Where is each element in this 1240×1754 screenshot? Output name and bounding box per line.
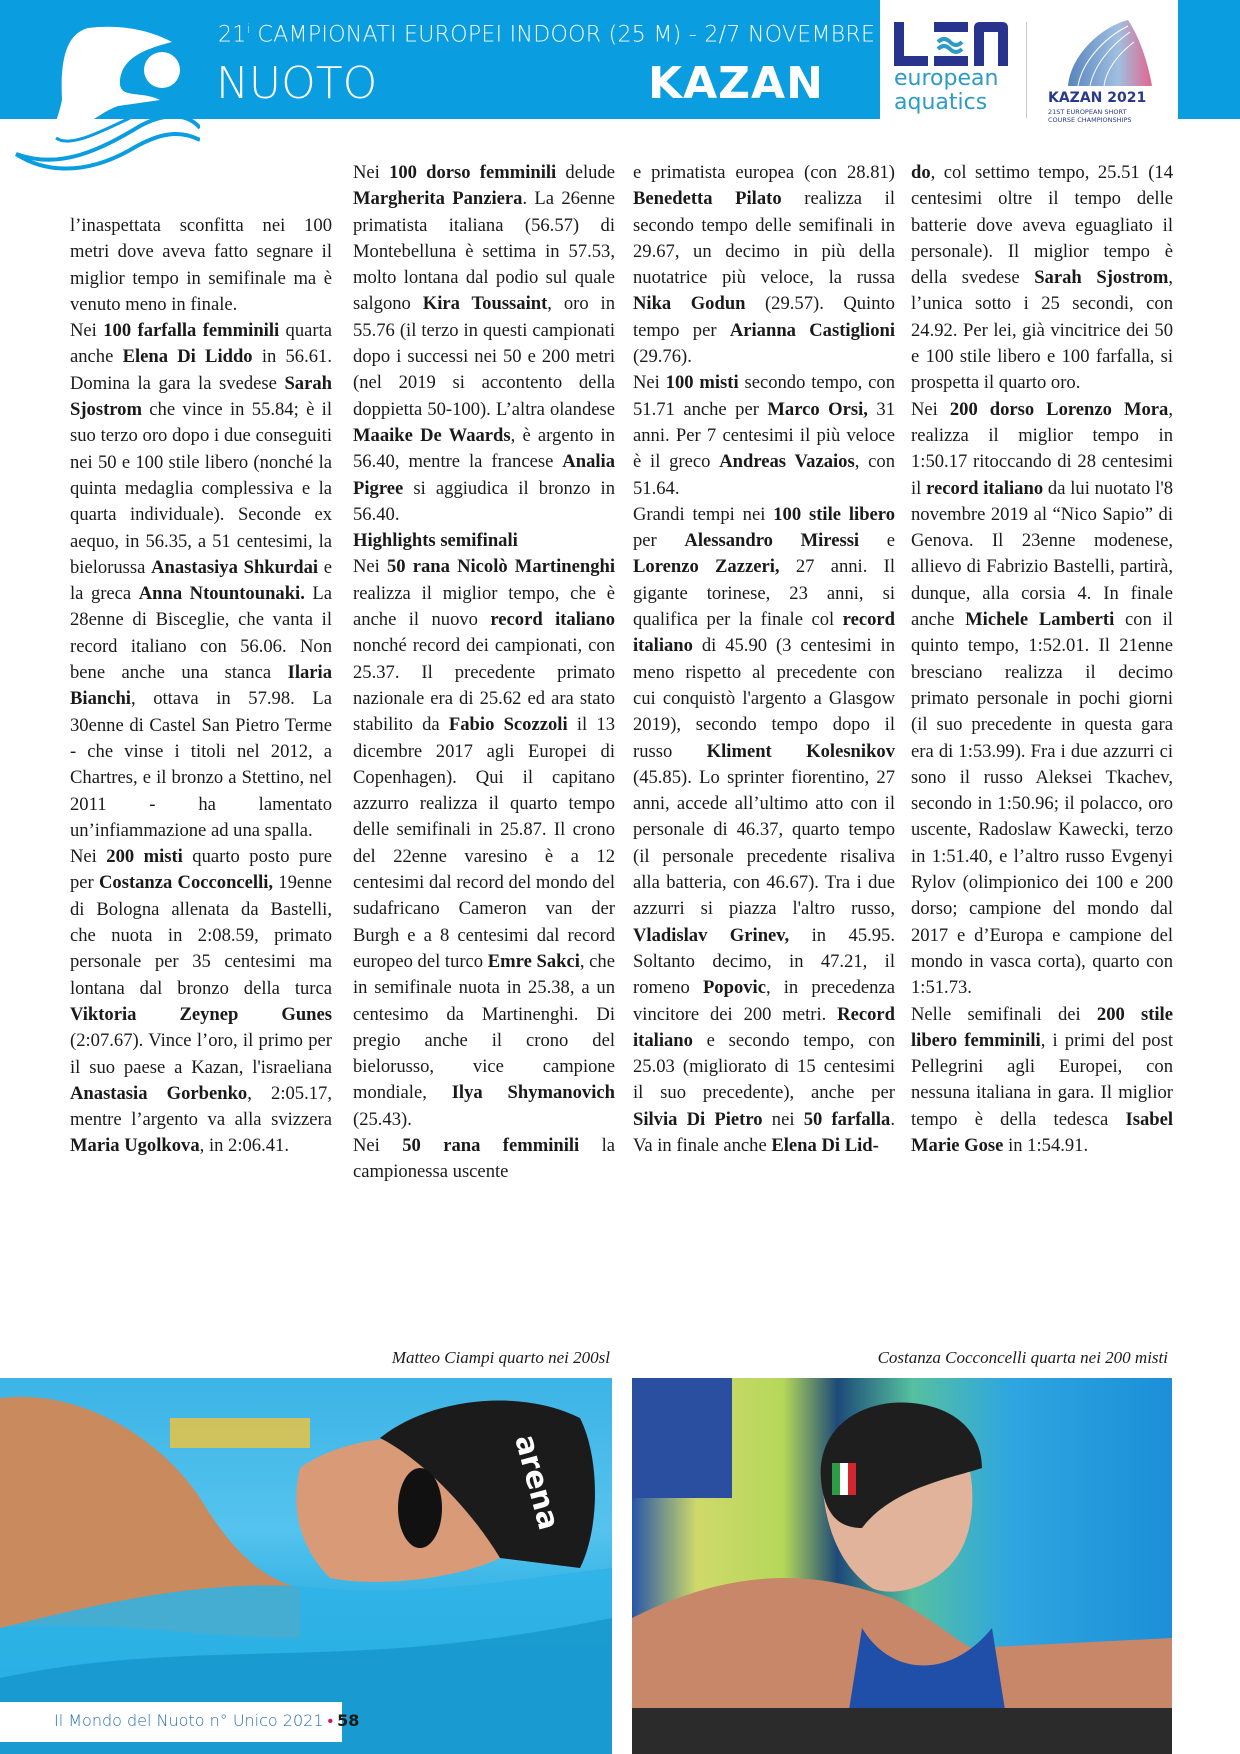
len-european-aquatics-logo: european aquatics — [894, 22, 1012, 114]
bold-highlight: Analia Pigree — [353, 451, 615, 498]
bold-highlight: Viktoria Zeynep Gunes — [70, 1004, 332, 1025]
bold-highlight: Michele Lamberti — [965, 609, 1114, 630]
bold-highlight: Maria Ugolkova — [70, 1135, 200, 1156]
article-column-4: do, col settimo tempo, 25.51 (14 centesi… — [911, 160, 1173, 1159]
footer-publication: Il Mondo del Nuoto n° Unico 2021•58 — [54, 1711, 359, 1731]
page-footer: Il Mondo del Nuoto n° Unico 2021•58 — [0, 1702, 342, 1742]
article-paragraph: Nei 100 dorso femminili delude Margherit… — [353, 160, 615, 528]
article-paragraph: Nei 100 misti secondo tempo, con 51.71 a… — [633, 370, 895, 501]
kazan-2021-logo: KAZAN 2021 21ST EUROPEAN SHORT COURSE CH… — [1048, 18, 1166, 122]
article-paragraph: Nei 100 farfalla femminili quarta anche … — [70, 318, 332, 844]
bold-highlight: Alessandro Miressi — [684, 530, 859, 551]
bold-highlight: Elena Di Liddo — [123, 346, 253, 367]
bold-highlight: Ilya Shymanovich — [452, 1082, 615, 1103]
article-paragraph: Nei 50 rana femminili la campionessa usc… — [353, 1133, 615, 1186]
article-column-3: e primatista europea (con 28.81) Benedet… — [633, 160, 895, 1159]
swimmer-freestyle-image: arena — [0, 1378, 612, 1754]
bold-highlight: Elena Di Lid- — [771, 1135, 878, 1156]
article-paragraph: e primatista europea (con 28.81) Benedet… — [633, 160, 895, 370]
city-title: KAZAN — [648, 62, 824, 106]
article-paragraph: l’inaspettata sconfitta nei 100 metri do… — [70, 213, 332, 318]
bold-highlight: Arianna Castiglioni — [730, 320, 895, 341]
article-column-2: Nei 100 dorso femminili delude Margherit… — [353, 160, 615, 1186]
bold-highlight: do — [911, 162, 931, 183]
bold-highlight: Isabel Marie Gose — [911, 1109, 1173, 1156]
bold-highlight: Anastasia Gorbenko — [70, 1083, 247, 1104]
section-title: NUOTO — [216, 62, 377, 106]
kazan-logo-title: KAZAN 2021 — [1048, 90, 1146, 106]
bold-highlight: Marco Orsi, — [767, 399, 868, 420]
article-paragraph: Nelle semifinali dei 200 stile libero fe… — [911, 1002, 1173, 1160]
bold-highlight: Ilaria Bianchi — [70, 662, 332, 709]
article-subheading: Highlights semifinali — [353, 528, 615, 554]
photo-caption-right: Costanza Cocconcelli quarta nei 200 mist… — [878, 1348, 1168, 1368]
swimmer-at-pool-edge-image — [632, 1378, 1172, 1754]
bold-highlight: Kira Toussaint — [423, 293, 548, 314]
bold-highlight: 100 stile libero — [773, 504, 895, 525]
bold-highlight: record italiano — [633, 609, 895, 656]
bold-highlight: Andreas Vazaios — [719, 451, 855, 472]
bold-highlight: Fabio Scozzoli — [449, 714, 568, 735]
article-paragraph: Nei 200 dorso Lorenzo Mora, realizza il … — [911, 397, 1173, 1002]
article-paragraph: do, col settimo tempo, 25.51 (14 centesi… — [911, 160, 1173, 397]
bold-highlight: Margherita Panziera — [353, 188, 522, 209]
bold-highlight: Benedetta Pilato — [633, 188, 782, 209]
bold-highlight: 200 misti — [106, 846, 183, 867]
page-number: 58 — [337, 1711, 359, 1730]
article-paragraph: Grandi tempi nei 100 stile libero per Al… — [633, 502, 895, 1159]
bold-highlight: Record italiano — [633, 1004, 895, 1051]
kazan-building-icon — [1048, 18, 1166, 88]
len-text-line2: aquatics — [894, 92, 1012, 114]
bold-highlight: Costanza Cocconcelli, — [99, 872, 273, 893]
bold-highlight: Silvia Di Pietro — [633, 1109, 763, 1130]
bold-highlight: Nika Godun — [633, 293, 746, 314]
bold-highlight: 100 farfalla femminili — [103, 320, 279, 341]
bold-highlight: Kliment Kolesnikov — [707, 741, 895, 762]
bold-highlight: 100 dorso femminili — [389, 162, 556, 183]
photo-matteo-ciampi: arena — [0, 1378, 612, 1754]
article-paragraph: Nei 200 misti quarto posto pure per Cost… — [70, 844, 332, 1160]
bold-highlight: Anastasiya Shkurdai — [151, 557, 318, 578]
bold-highlight: Sarah Sjostrom — [70, 373, 332, 420]
sponsor-logos: european aquatics KAZAN 2021 21ST EUROPE… — [880, 0, 1178, 126]
article-column-1: l’inaspettata sconfitta nei 100 metri do… — [70, 213, 332, 1160]
bold-highlight: 50 farfalla — [804, 1109, 891, 1130]
footer-bullet-icon: • — [328, 1711, 334, 1730]
bold-highlight: Popovic — [703, 977, 766, 998]
kazan-logo-subtitle: 21ST EUROPEAN SHORT COURSE CHAMPIONSHIPS — [1048, 108, 1132, 124]
bold-highlight: 200 stile libero femminili — [911, 1004, 1173, 1051]
bold-highlight: 50 rana Nicolò Martinenghi — [387, 556, 615, 577]
len-mark-icon — [894, 22, 1012, 66]
bold-highlight: 200 dorso Lorenzo Mora — [950, 399, 1168, 420]
swimmer-wave-logo-icon — [0, 20, 200, 180]
bold-highlight: record italiano — [490, 609, 615, 630]
bold-highlight: 100 misti — [666, 372, 739, 393]
bold-highlight: Maaike De Waards — [353, 425, 511, 446]
bold-highlight: Anna Ntountounaki. — [139, 583, 305, 604]
photo-costanza-cocconcelli — [632, 1378, 1172, 1754]
bold-highlight: record italiano — [926, 478, 1043, 499]
article-paragraph: Nei 50 rana Nicolò Martinenghi realizza … — [353, 554, 615, 1133]
bold-highlight: Vladislav Grinev, — [633, 925, 789, 946]
len-text-line1: european — [894, 68, 1012, 90]
bold-highlight: Lorenzo Zazzeri, — [633, 556, 780, 577]
logos-divider — [1026, 22, 1027, 118]
photo-caption-left: Matteo Ciampi quarto nei 200sl — [392, 1348, 610, 1368]
bold-highlight: Emre Sakci — [488, 951, 580, 972]
event-subtitle: 21i CAMPIONATI EUROPEI INDOOR (25 M) - 2… — [218, 22, 875, 47]
bold-highlight: Sarah Sjostrom — [1034, 267, 1168, 288]
bold-highlight: 50 rana femminili — [402, 1135, 579, 1156]
